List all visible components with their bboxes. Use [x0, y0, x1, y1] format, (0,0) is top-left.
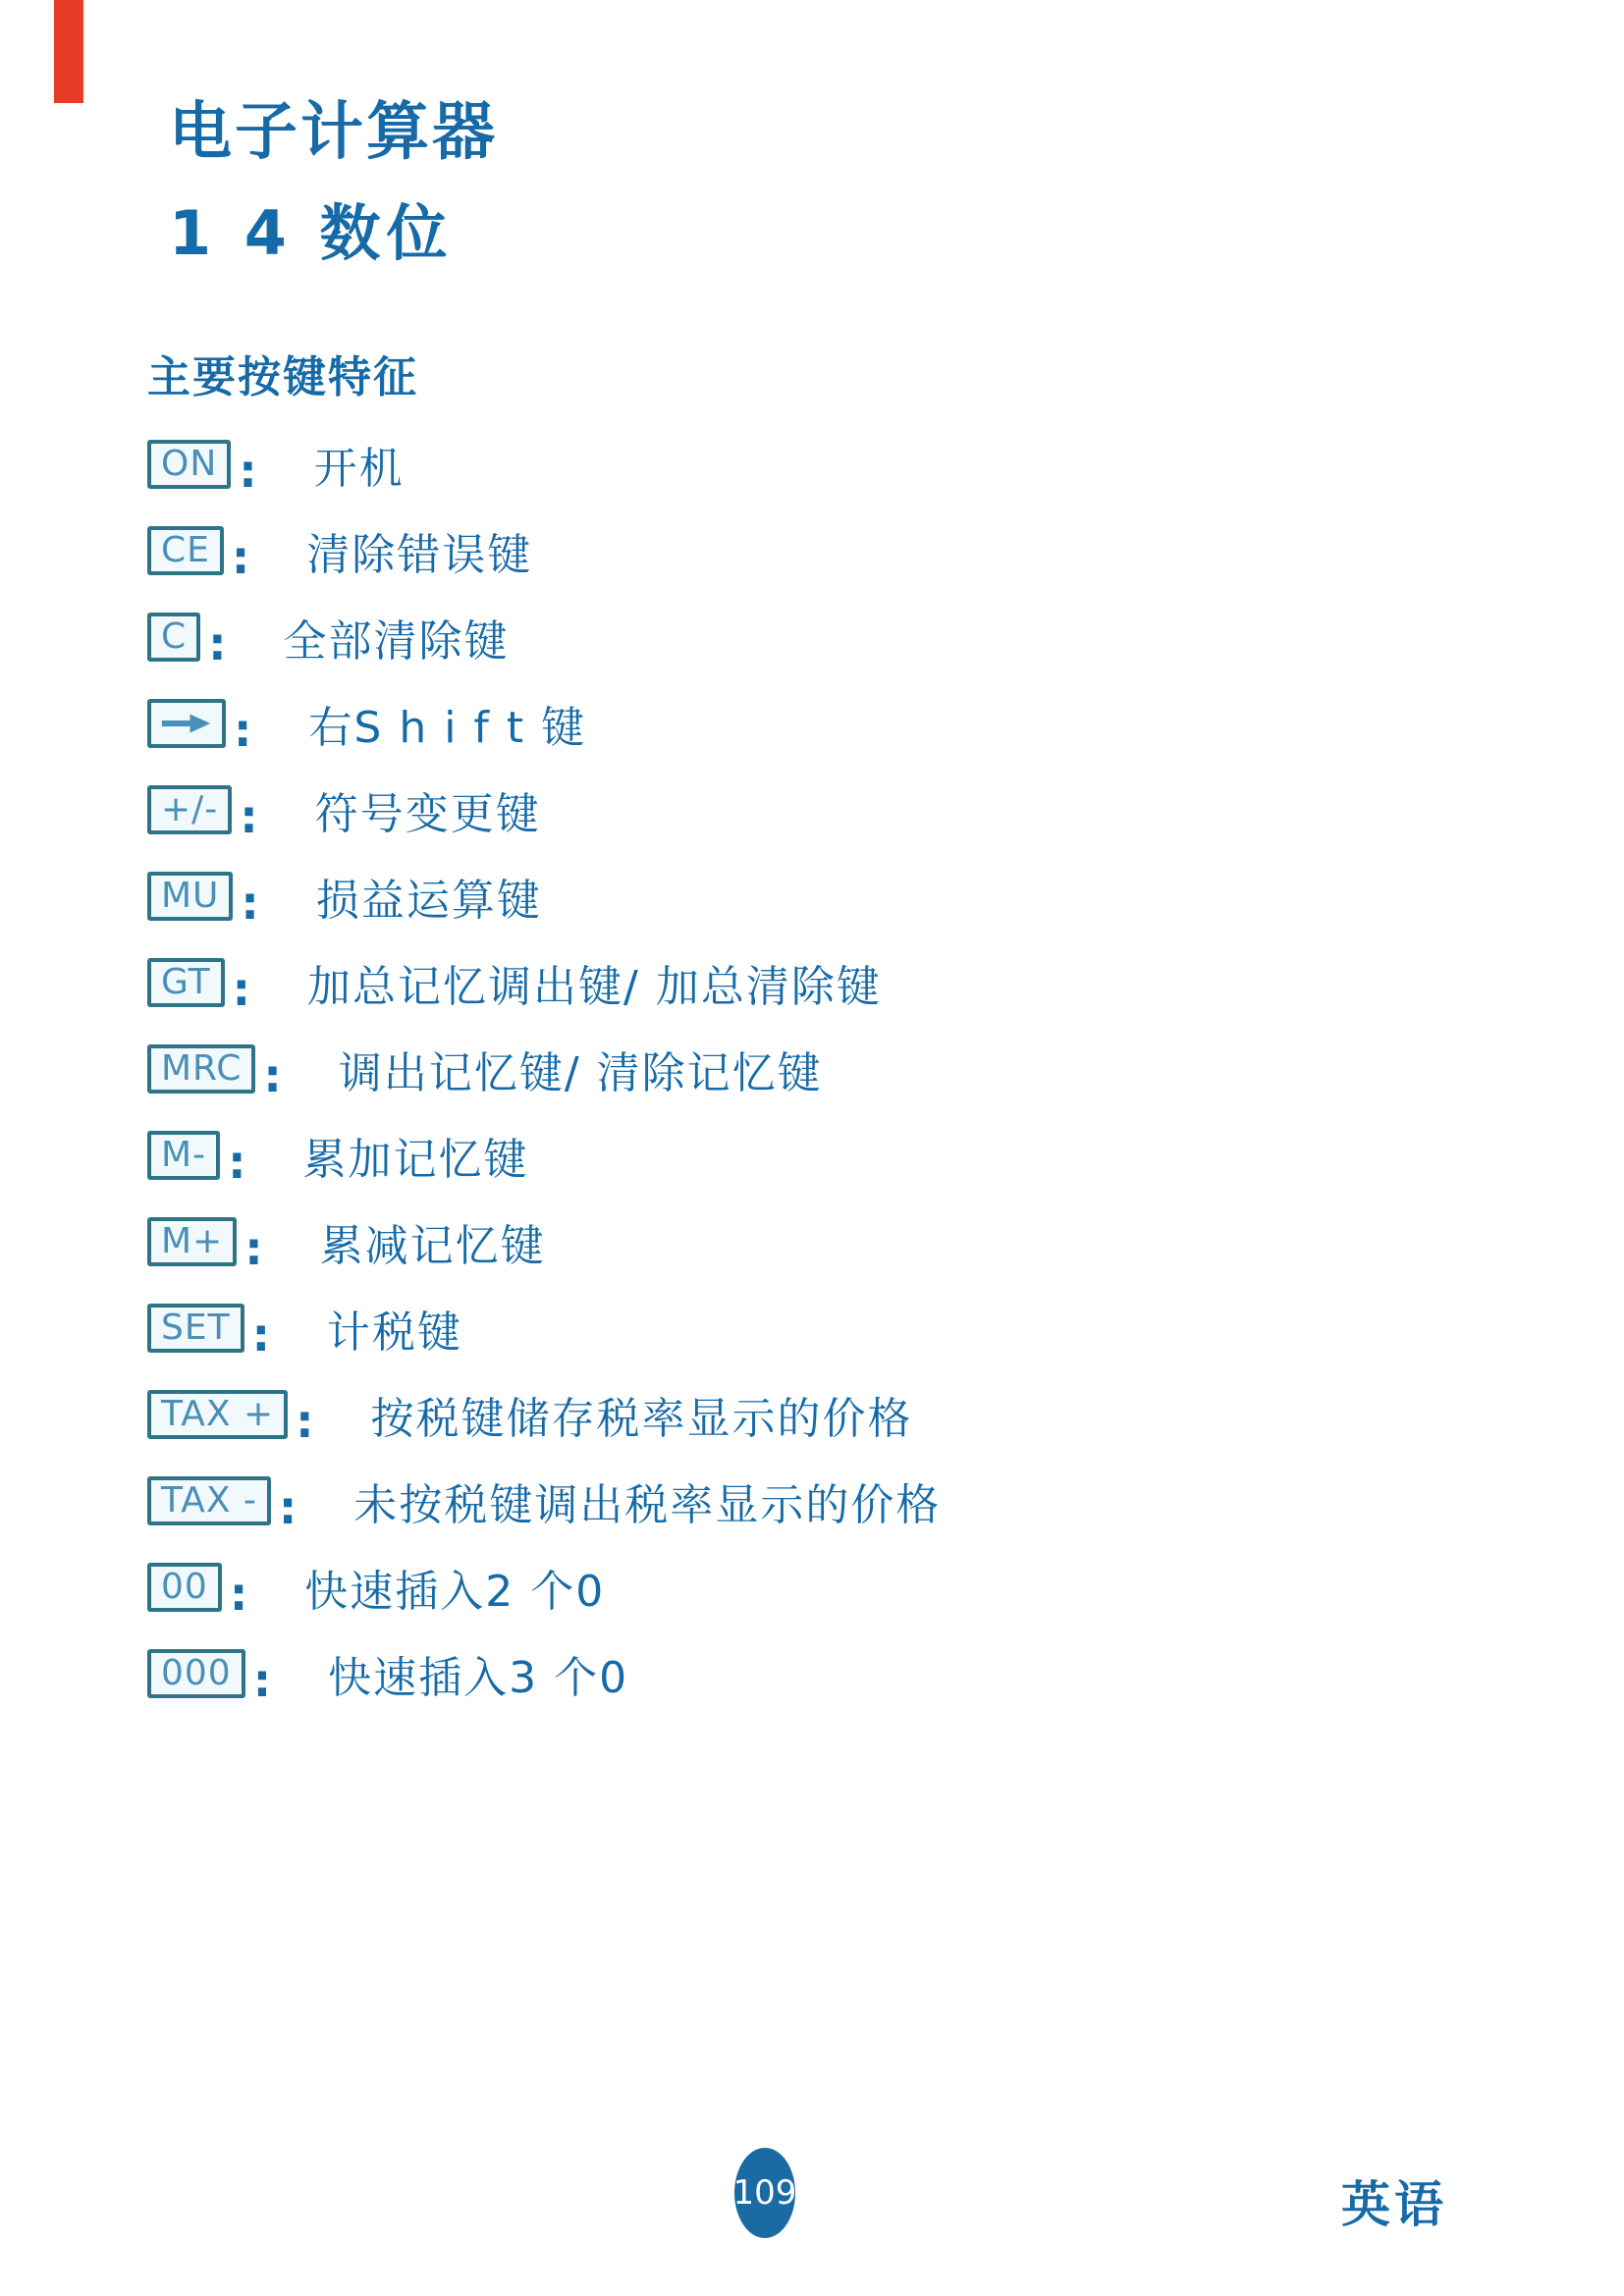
key-description: 加总记忆调出键/ 加总清除键: [307, 951, 882, 1014]
key-description: 累加记忆键: [302, 1124, 528, 1187]
key-row: M+ : 累减记忆键: [147, 1199, 1522, 1285]
language-label: 英语: [1341, 2165, 1447, 2236]
section-heading: 主要按键特征: [147, 352, 1522, 404]
key-description: 损益运算键: [316, 865, 542, 928]
key-description: 全部清除键: [284, 606, 510, 668]
key-row: C : 全部清除键: [147, 594, 1522, 680]
key-row: MRC : 调出记忆键/ 清除记忆键: [147, 1026, 1522, 1112]
key-cap: TAX +: [147, 1390, 288, 1439]
key-colon: :: [244, 1222, 262, 1285]
key-description: 累减记忆键: [320, 1210, 546, 1273]
key-row: ON : 开机: [147, 421, 1522, 507]
key-label: ON: [161, 447, 217, 482]
red-section-tab: [54, 0, 83, 103]
key-label: C: [161, 619, 187, 655]
key-label: +/-: [161, 792, 218, 828]
key-label: 000: [161, 1656, 232, 1691]
key-description: 计税键: [327, 1297, 462, 1360]
key-label: MRC: [161, 1051, 242, 1087]
key-label: GT: [161, 965, 211, 1000]
key-description: 右S h i f t 键: [308, 692, 586, 755]
key-colon: :: [253, 1654, 271, 1717]
key-colon: :: [240, 790, 257, 853]
key-cap: [147, 699, 226, 748]
key-label: CE: [161, 533, 210, 568]
key-feature-list: ON : 开机 CE : 清除错误键 C : 全部清除键: [147, 421, 1522, 1717]
key-label: SET: [161, 1310, 231, 1346]
key-label: M-: [161, 1138, 206, 1173]
key-colon: :: [296, 1395, 313, 1458]
key-cap: GT: [147, 958, 225, 1007]
key-cap: ON: [147, 440, 231, 489]
key-colon: :: [279, 1481, 297, 1544]
key-cap: MU: [147, 872, 233, 921]
key-label: TAX +: [161, 1397, 274, 1432]
key-cap: CE: [147, 526, 224, 575]
key-cap: C: [147, 613, 200, 662]
key-description: 开机: [314, 433, 405, 496]
key-description: 按税键储存税率显示的价格: [371, 1383, 913, 1446]
key-colon: :: [208, 617, 226, 680]
key-row: MU : 损益运算键: [147, 853, 1522, 939]
key-label: MU: [161, 879, 219, 914]
key-colon: :: [252, 1308, 270, 1371]
key-colon: :: [230, 1568, 247, 1630]
key-description: 快速插入2 个0: [304, 1556, 605, 1619]
page-subtitle: 1 4 数位: [147, 200, 1522, 267]
key-colon: :: [233, 963, 250, 1026]
page-content: 电子计算器 1 4 数位 主要按键特征 ON : 开机 CE : 清除错误键 C: [147, 98, 1522, 1717]
key-colon: :: [228, 1136, 245, 1199]
key-cap: +/-: [147, 785, 232, 834]
key-colon: :: [239, 445, 256, 507]
key-description: 调出记忆键/ 清除记忆键: [339, 1038, 823, 1100]
key-cap: M+: [147, 1217, 237, 1266]
key-row: GT : 加总记忆调出键/ 加总清除键: [147, 939, 1522, 1026]
key-colon: :: [234, 704, 251, 767]
manual-page: { "page": { "title_line1": "电子计算器", "tit…: [0, 0, 1624, 2296]
page-title: 电子计算器: [147, 98, 1522, 167]
key-description: 快速插入3 个0: [328, 1642, 628, 1705]
key-label: TAX -: [161, 1483, 257, 1519]
key-description: 清除错误键: [306, 519, 532, 582]
key-row: 00 : 快速插入2 个0: [147, 1544, 1522, 1630]
page-number: 109: [733, 2173, 797, 2213]
key-row: CE : 清除错误键: [147, 507, 1522, 594]
key-label: 00: [161, 1570, 208, 1605]
key-cap: 000: [147, 1649, 245, 1698]
right-arrow-icon: [161, 713, 212, 734]
key-description: 符号变更键: [315, 778, 541, 841]
key-cap: TAX -: [147, 1476, 271, 1525]
page-number-badge: 109: [734, 2148, 795, 2238]
key-colon: :: [232, 531, 249, 594]
key-cap: MRC: [147, 1044, 255, 1094]
key-row: : 右S h i f t 键: [147, 680, 1522, 767]
key-row: M- : 累加记忆键: [147, 1112, 1522, 1199]
key-colon: :: [241, 877, 258, 939]
key-cap: 00: [147, 1563, 222, 1612]
key-row: +/- : 符号变更键: [147, 767, 1522, 853]
key-label: M+: [161, 1224, 223, 1259]
key-cap: SET: [147, 1304, 244, 1353]
key-row: SET : 计税键: [147, 1285, 1522, 1371]
key-cap: M-: [147, 1131, 220, 1180]
key-row: TAX - : 未按税键调出税率显示的价格: [147, 1458, 1522, 1544]
key-colon: :: [263, 1049, 281, 1112]
key-row: TAX + : 按税键储存税率显示的价格: [147, 1371, 1522, 1458]
key-description: 未按税键调出税率显示的价格: [353, 1469, 941, 1532]
key-row: 000 : 快速插入3 个0: [147, 1630, 1522, 1717]
